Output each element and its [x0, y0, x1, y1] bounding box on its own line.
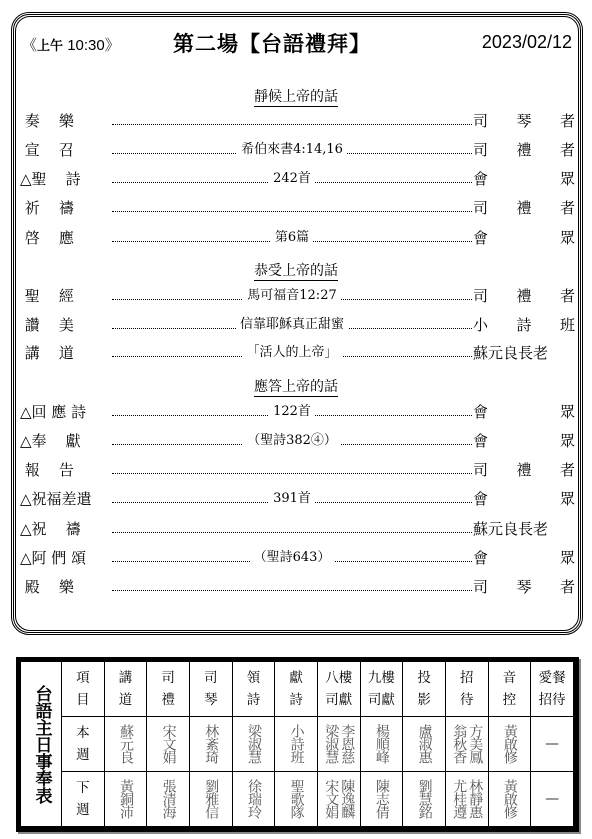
duty-cell: 宋文娟 [147, 717, 190, 772]
header-item: 項目 [62, 662, 105, 717]
header-cell: 司禮 [147, 662, 190, 717]
leader-char: 眾 [560, 546, 575, 570]
header-text: 目 [76, 692, 90, 708]
leader-char: 班 [560, 313, 575, 337]
order-item-detail: 391首 [112, 489, 472, 509]
order-item-detail: 希伯來書4:14,16 [112, 140, 472, 160]
leader-char: 禮 [516, 284, 531, 308]
header-text: 影 [417, 692, 431, 708]
header-text: 八樓 [325, 670, 352, 686]
order-item: △阿 們 頌（聖詩643）會眾 [20, 546, 570, 570]
header-cell: 領詩 [232, 662, 275, 717]
duty-row-next-week: 下週黃銅沛張清海劉雅信徐瑞玲聖歌隊陳逸麟宋文娟陳志倩劉慧銘林靜惠尤桂遵黃啟修— [21, 772, 574, 827]
header-text: 琴 [204, 692, 218, 708]
order-item-label: 奏 樂 [20, 109, 110, 133]
bulletin-header: 《上午 10:30》 第二場【台語禮拜】 2023/02/12 [0, 28, 592, 58]
order-item: 奏 樂司琴者 [20, 109, 570, 133]
person-name: 陳逸麟 [339, 779, 354, 818]
person-name: 劉雅信 [203, 779, 218, 818]
person-name: 梁淑慧 [246, 724, 261, 763]
week-label-text: 週 [76, 802, 90, 818]
order-item: △回 應 詩122首會眾 [20, 400, 570, 424]
person-name: 梁淑慧 [323, 724, 338, 763]
order-item: 聖 經馬可福音12:27司禮者 [20, 284, 570, 308]
order-item-detail-text: 「活人的上帝」 [242, 345, 341, 360]
order-item-detail: 242首 [112, 169, 472, 189]
header-text: 詩 [289, 692, 303, 708]
header-text: 控 [503, 692, 517, 708]
leader-char: 司 [473, 109, 488, 133]
order-item-detail: （聖詩643） [112, 548, 472, 568]
order-item-detail-text: 122首 [269, 404, 315, 419]
duty-row-this-week: 本週蘇元良宋文娟林紊琦梁淑慧小詩班李恩慈梁淑慧楊順峰盧淑惠方美鳳翁秋香黃啟修— [21, 717, 574, 772]
person-name: 林紊琦 [203, 724, 218, 763]
order-item-detail: 第6篇 [112, 228, 472, 248]
order-item-leader-person: 小詩班 [473, 313, 575, 337]
duty-table-title: 台語主日事奉表 [21, 662, 62, 827]
order-item: △祝 禱蘇元良長老 [20, 517, 570, 541]
person-name: 楊順峰 [374, 724, 389, 763]
order-item-label: 報 告 [20, 458, 110, 482]
week-label: 下週 [62, 772, 105, 827]
leader-char: 禮 [516, 196, 531, 220]
leader-char: 者 [560, 284, 575, 308]
order-item-label: 祈 禱 [20, 196, 110, 220]
leader-char: 會 [473, 429, 488, 453]
order-item-detail-text: （聖詩643） [250, 550, 335, 565]
section-title-text: 應答上帝的話 [254, 379, 338, 397]
order-item: 祈 禱司禮者 [20, 196, 570, 220]
leader-char: 小 [473, 313, 488, 337]
header-text: 司獻 [325, 692, 352, 708]
order-item-leader-person: 會眾 [473, 400, 575, 424]
leader-char: 詩 [516, 313, 531, 337]
header-text: 待 [460, 692, 474, 708]
order-item-detail: 122首 [112, 402, 472, 422]
order-item-label: 聖 經 [20, 284, 110, 308]
order-item-leader-person: 蘇元良長老 [473, 517, 575, 541]
week-label: 本週 [62, 717, 105, 772]
leader-char: 會 [473, 400, 488, 424]
order-item-leader-person: 會眾 [473, 546, 575, 570]
header-text: 招 [460, 670, 474, 686]
order-item-leader-person: 司琴者 [473, 109, 575, 133]
leader-char: 者 [560, 575, 575, 599]
order-item-label: 殿 樂 [20, 575, 110, 599]
dotted-leader [112, 124, 472, 125]
leader-char: 司 [473, 458, 488, 482]
duty-cell: 梁淑慧 [232, 717, 275, 772]
leader-char: 琴 [516, 575, 531, 599]
time-period: 上午 [37, 39, 63, 54]
duty-cell: 黃啟修 [488, 717, 531, 772]
duty-cell: 黃銅沛 [104, 772, 147, 827]
header-cell: 八樓司獻 [317, 662, 360, 717]
duty-cell: 劉慧銘 [403, 772, 446, 827]
person-name: 李恩慈 [339, 724, 354, 763]
header-text: 司獻 [368, 692, 395, 708]
duty-cell: 小詩班 [275, 717, 318, 772]
leader-char: 者 [560, 196, 575, 220]
leader-char: 司 [473, 284, 488, 308]
leader-char: 者 [560, 109, 575, 133]
order-item-leader-person: 司禮者 [473, 458, 575, 482]
duty-cell: 方美鳳翁秋香 [445, 717, 488, 772]
person-name: 宋文娟 [323, 779, 338, 818]
section-title: 恭受上帝的話 [0, 260, 592, 280]
duty-cell: 林紊琦 [189, 717, 232, 772]
duty-cell: 林靜惠尤桂遵 [445, 772, 488, 827]
order-item-label: △聖 詩 [20, 167, 110, 191]
dotted-leader [112, 473, 472, 474]
header-text: 講 [119, 670, 133, 686]
order-item-label: △阿 們 頌 [20, 546, 110, 570]
order-item: 啓 應第6篇會眾 [20, 226, 570, 250]
person-name: 陳志倩 [374, 779, 389, 818]
leader-char: 禮 [516, 458, 531, 482]
order-item-leader-person: 司禮者 [473, 138, 575, 162]
time-bracket-close: 》 [105, 37, 120, 54]
order-item: 報 告司禮者 [20, 458, 570, 482]
dotted-leader [112, 211, 472, 212]
header-text: 司 [161, 670, 175, 686]
header-cell: 音控 [488, 662, 531, 717]
order-item-detail-text: 信靠耶穌真正甜蜜 [236, 317, 348, 332]
order-item-detail: 馬可福音12:27 [112, 286, 472, 306]
duty-cell-empty: — [531, 717, 574, 772]
leader-char: 琴 [516, 109, 531, 133]
dotted-leader [112, 532, 472, 533]
order-item-label: △祝福差遣 [20, 487, 110, 511]
order-item-label: △奉 獻 [20, 429, 110, 453]
header-text: 禮 [161, 692, 175, 708]
section-title: 靜候上帝的話 [0, 86, 592, 106]
leader-char: 司 [473, 575, 488, 599]
duty-cell: 劉雅信 [189, 772, 232, 827]
leader-char: 者 [560, 138, 575, 162]
order-item-label: △祝 禱 [20, 517, 110, 541]
person-name: 宋文娟 [161, 724, 176, 763]
person-name: 聖歌隊 [289, 779, 304, 818]
order-item-label: 讚 美 [20, 313, 110, 337]
order-item-leader-person: 司禮者 [473, 196, 575, 220]
header-text: 領 [247, 670, 261, 686]
person-name: 林靜惠 [467, 779, 482, 818]
week-label-text: 本 [76, 725, 90, 741]
leader-char: 司 [473, 196, 488, 220]
dotted-leader [112, 590, 472, 591]
section-title: 應答上帝的話 [0, 376, 592, 396]
time-value: 10:30 [63, 37, 105, 54]
header-cell: 招待 [445, 662, 488, 717]
person-name: 徐瑞玲 [246, 779, 261, 818]
order-item-detail: 信靠耶穌真正甜蜜 [112, 315, 472, 335]
order-item-detail: （聖詩382④） [112, 431, 472, 451]
order-item: 殿 樂司琴者 [20, 575, 570, 599]
leader-char: 眾 [560, 400, 575, 424]
duty-cell: 陳志倩 [360, 772, 403, 827]
order-item-detail: 「活人的上帝」 [112, 343, 472, 363]
order-item-detail-text: （聖詩382④） [243, 433, 341, 448]
order-item: 讚 美信靠耶穌真正甜蜜小詩班 [20, 313, 570, 337]
duty-cell-empty: — [531, 772, 574, 827]
order-item-label: 啓 應 [20, 226, 110, 250]
duty-cell: 李恩慈梁淑慧 [317, 717, 360, 772]
service-date: 2023/02/12 [482, 32, 572, 53]
order-item: 講 道「活人的上帝」蘇元良長老 [20, 341, 570, 365]
header-text: 詩 [247, 692, 261, 708]
service-time: 《上午 10:30》 [22, 34, 120, 55]
header-cell: 投影 [403, 662, 446, 717]
person-name: 黃銅沛 [118, 779, 133, 818]
header-cell: 愛餐招待 [531, 662, 574, 717]
person-name: 黃啟修 [502, 724, 517, 763]
leader-char: 蘇元良長老 [473, 517, 548, 541]
leader-char: 會 [473, 167, 488, 191]
section-title-text: 靜候上帝的話 [254, 89, 338, 107]
header-text: 音 [503, 670, 517, 686]
order-item-detail-text: 馬可福音12:27 [243, 288, 340, 303]
duty-cell: 陳逸麟宋文娟 [317, 772, 360, 827]
person-name: 黃啟修 [502, 779, 517, 818]
leader-char: 會 [473, 487, 488, 511]
header-text: 道 [119, 692, 133, 708]
leader-char: 眾 [560, 226, 575, 250]
leader-char: 眾 [560, 429, 575, 453]
person-name: 小詩班 [289, 724, 304, 763]
person-name: 盧淑惠 [417, 724, 432, 763]
duty-cell: 徐瑞玲 [232, 772, 275, 827]
header-text: 九樓 [368, 670, 395, 686]
week-label-text: 下 [76, 780, 90, 796]
order-item-leader-person: 蘇元良長老 [473, 341, 575, 365]
order-item-label: 講 道 [20, 341, 110, 365]
order-item-label: 宣 召 [20, 138, 110, 162]
header-text: 獻 [289, 670, 303, 686]
week-label-text: 週 [76, 747, 90, 763]
duty-cell: 盧淑惠 [403, 717, 446, 772]
header-text: 司 [204, 670, 218, 686]
header-cell: 講道 [104, 662, 147, 717]
person-name: 劉慧銘 [417, 779, 432, 818]
order-item-label: △回 應 詩 [20, 400, 110, 424]
leader-char: 眾 [560, 167, 575, 191]
leader-char: 眾 [560, 487, 575, 511]
duty-cell: 張清海 [147, 772, 190, 827]
header-text: 愛餐 [539, 670, 566, 686]
leader-char: 者 [560, 458, 575, 482]
order-item-detail-text: 391首 [269, 491, 315, 506]
order-item-detail-text: 第6篇 [271, 230, 313, 245]
order-item: △祝福差遣391首會眾 [20, 487, 570, 511]
duty-cell: 黃啟修 [488, 772, 531, 827]
service-title: 第二場【台語禮拜】 [173, 28, 371, 58]
order-item: 宣 召希伯來書4:14,16司禮者 [20, 138, 570, 162]
header-cell: 獻詩 [275, 662, 318, 717]
section-title-text: 恭受上帝的話 [254, 263, 338, 281]
leader-char: 司 [473, 138, 488, 162]
leader-char: 禮 [516, 138, 531, 162]
person-name: 翁秋香 [451, 724, 466, 763]
person-name: 方美鳳 [467, 724, 482, 763]
header-text: 投 [417, 670, 431, 686]
header-cell: 九樓司獻 [360, 662, 403, 717]
person-name: 張清海 [161, 779, 176, 818]
order-item-detail-text: 希伯來書4:14,16 [237, 142, 347, 157]
person-name: 尤桂遵 [451, 779, 466, 818]
header-text: 招待 [539, 692, 566, 708]
order-item-leader-person: 會眾 [473, 429, 575, 453]
leader-char: 蘇元良長老 [473, 341, 548, 365]
order-item: △奉 獻（聖詩382④）會眾 [20, 429, 570, 453]
order-item-leader-person: 會眾 [473, 167, 575, 191]
order-item-leader-person: 司琴者 [473, 575, 575, 599]
duty-roster-table: 台語主日事奉表 項目 講道 司禮 司琴 領詩 獻詩 八樓司獻 九樓司獻 投影 招… [16, 657, 579, 832]
leader-char: 會 [473, 226, 488, 250]
leader-char: 會 [473, 546, 488, 570]
person-name: 蘇元良 [118, 724, 133, 763]
order-item-leader-person: 司禮者 [473, 284, 575, 308]
order-item: △聖 詩242首會眾 [20, 167, 570, 191]
time-bracket-open: 《 [22, 37, 37, 54]
duty-cell: 蘇元良 [104, 717, 147, 772]
duty-cell: 楊順峰 [360, 717, 403, 772]
header-cell: 司琴 [189, 662, 232, 717]
order-item-leader-person: 會眾 [473, 226, 575, 250]
header-text: 項 [76, 670, 90, 686]
order-item-detail-text: 242首 [269, 171, 315, 186]
order-item-leader-person: 會眾 [473, 487, 575, 511]
duty-cell: 聖歌隊 [275, 772, 318, 827]
